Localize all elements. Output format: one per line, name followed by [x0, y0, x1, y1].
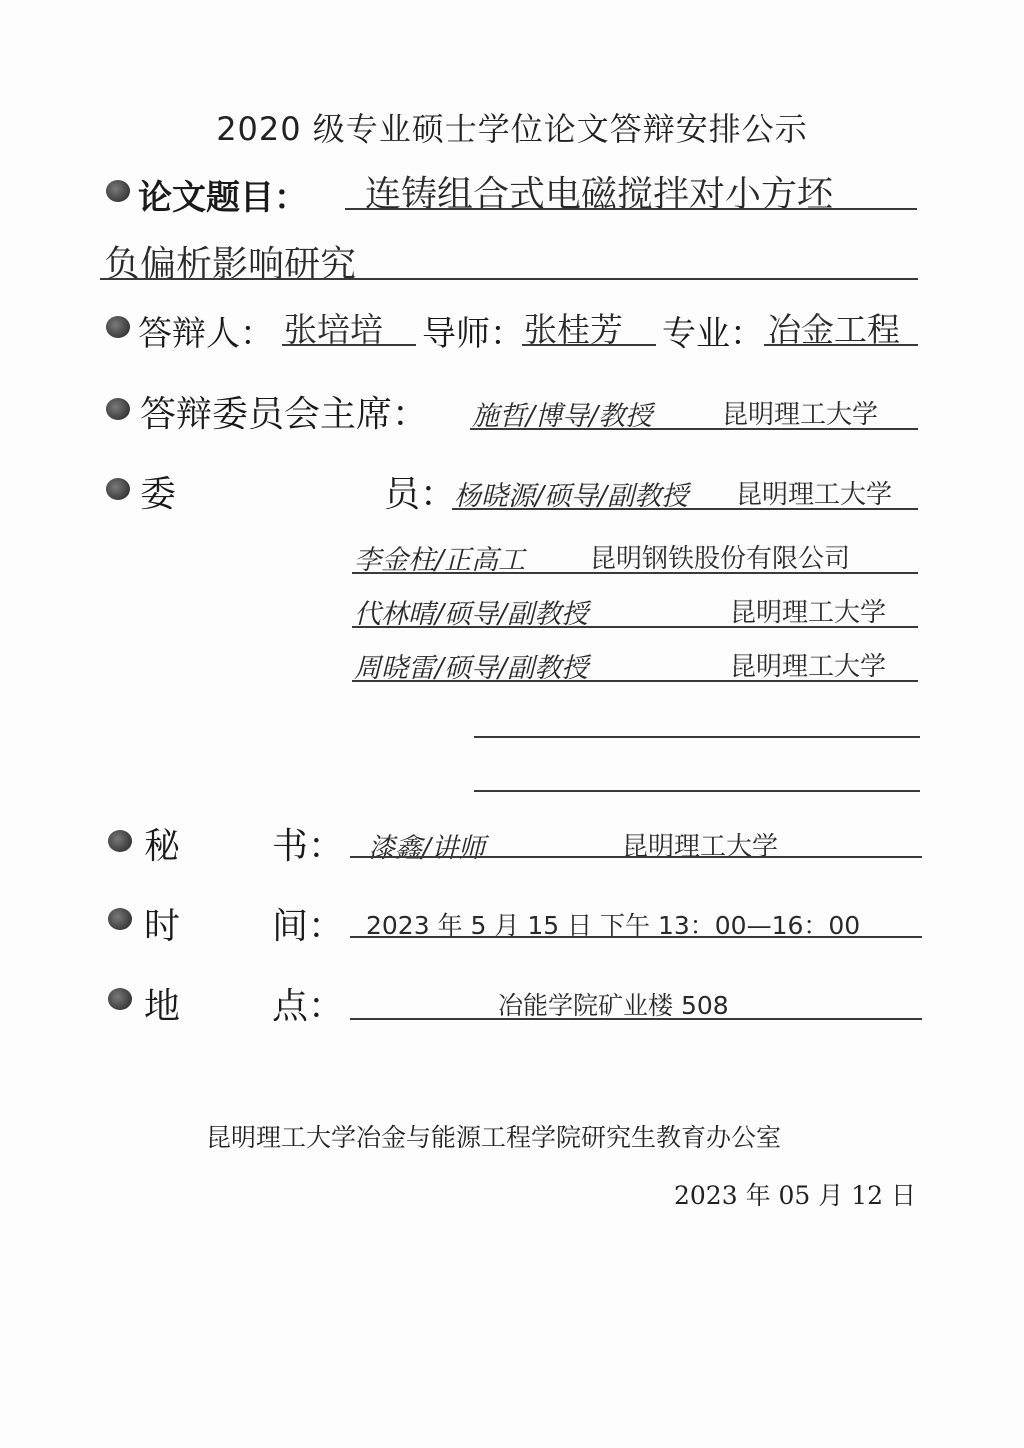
member-1-affiliation: 昆明理工大学 [736, 474, 892, 511]
underline [350, 856, 922, 858]
bullet-icon [108, 908, 132, 930]
underline [352, 626, 918, 628]
member-4-affiliation: 昆明理工大学 [730, 646, 886, 683]
time-label-right: 间： [272, 898, 344, 949]
chair-affiliation: 昆明理工大学 [722, 394, 878, 431]
underline [282, 344, 416, 346]
underline [352, 680, 918, 682]
place-value: 冶能学院矿业楼 508 [498, 986, 729, 1022]
thesis-label: 论文题目： [138, 170, 308, 219]
secretary-label-right: 书： [272, 818, 344, 869]
advisor-label: 导师： [422, 306, 524, 355]
chair-label: 答辩委员会主席： [140, 386, 428, 437]
bullet-icon [108, 988, 132, 1010]
bullet-icon [108, 830, 132, 852]
empty-member-line [474, 790, 920, 792]
secretary-name-title: 漆鑫/讲师 [368, 826, 485, 865]
underline [352, 572, 918, 574]
underline [764, 344, 918, 346]
underline [350, 936, 922, 938]
underline [345, 208, 917, 210]
defender-label: 答辩人： [138, 306, 274, 355]
bullet-icon [106, 316, 130, 338]
underline [522, 344, 656, 346]
underline [452, 508, 918, 510]
place-label-right: 点： [272, 978, 344, 1029]
bullet-icon [106, 478, 130, 500]
secretary-label-left: 秘 [144, 818, 180, 869]
underline [100, 278, 918, 280]
bullet-icon [106, 180, 130, 202]
place-label-left: 地 [144, 978, 180, 1029]
underline [350, 1018, 922, 1020]
time-label-left: 时 [144, 898, 180, 949]
member-2-affiliation: 昆明钢铁股份有限公司 [590, 538, 850, 575]
page-title: 2020 级专业硕士学位论文答辩安排公示 [0, 104, 1024, 150]
members-label-left: 委 [140, 466, 176, 517]
bullet-icon [106, 398, 130, 420]
major-label: 专业： [662, 306, 764, 355]
underline [470, 428, 918, 430]
issue-date: 2023 年 05 月 12 日 [674, 1176, 916, 1212]
empty-member-line [474, 736, 920, 738]
issuing-office: 昆明理工大学冶金与能源工程学院研究生教育办公室 [206, 1118, 781, 1154]
members-label-right: 员： [384, 466, 456, 517]
member-3-affiliation: 昆明理工大学 [730, 592, 886, 629]
